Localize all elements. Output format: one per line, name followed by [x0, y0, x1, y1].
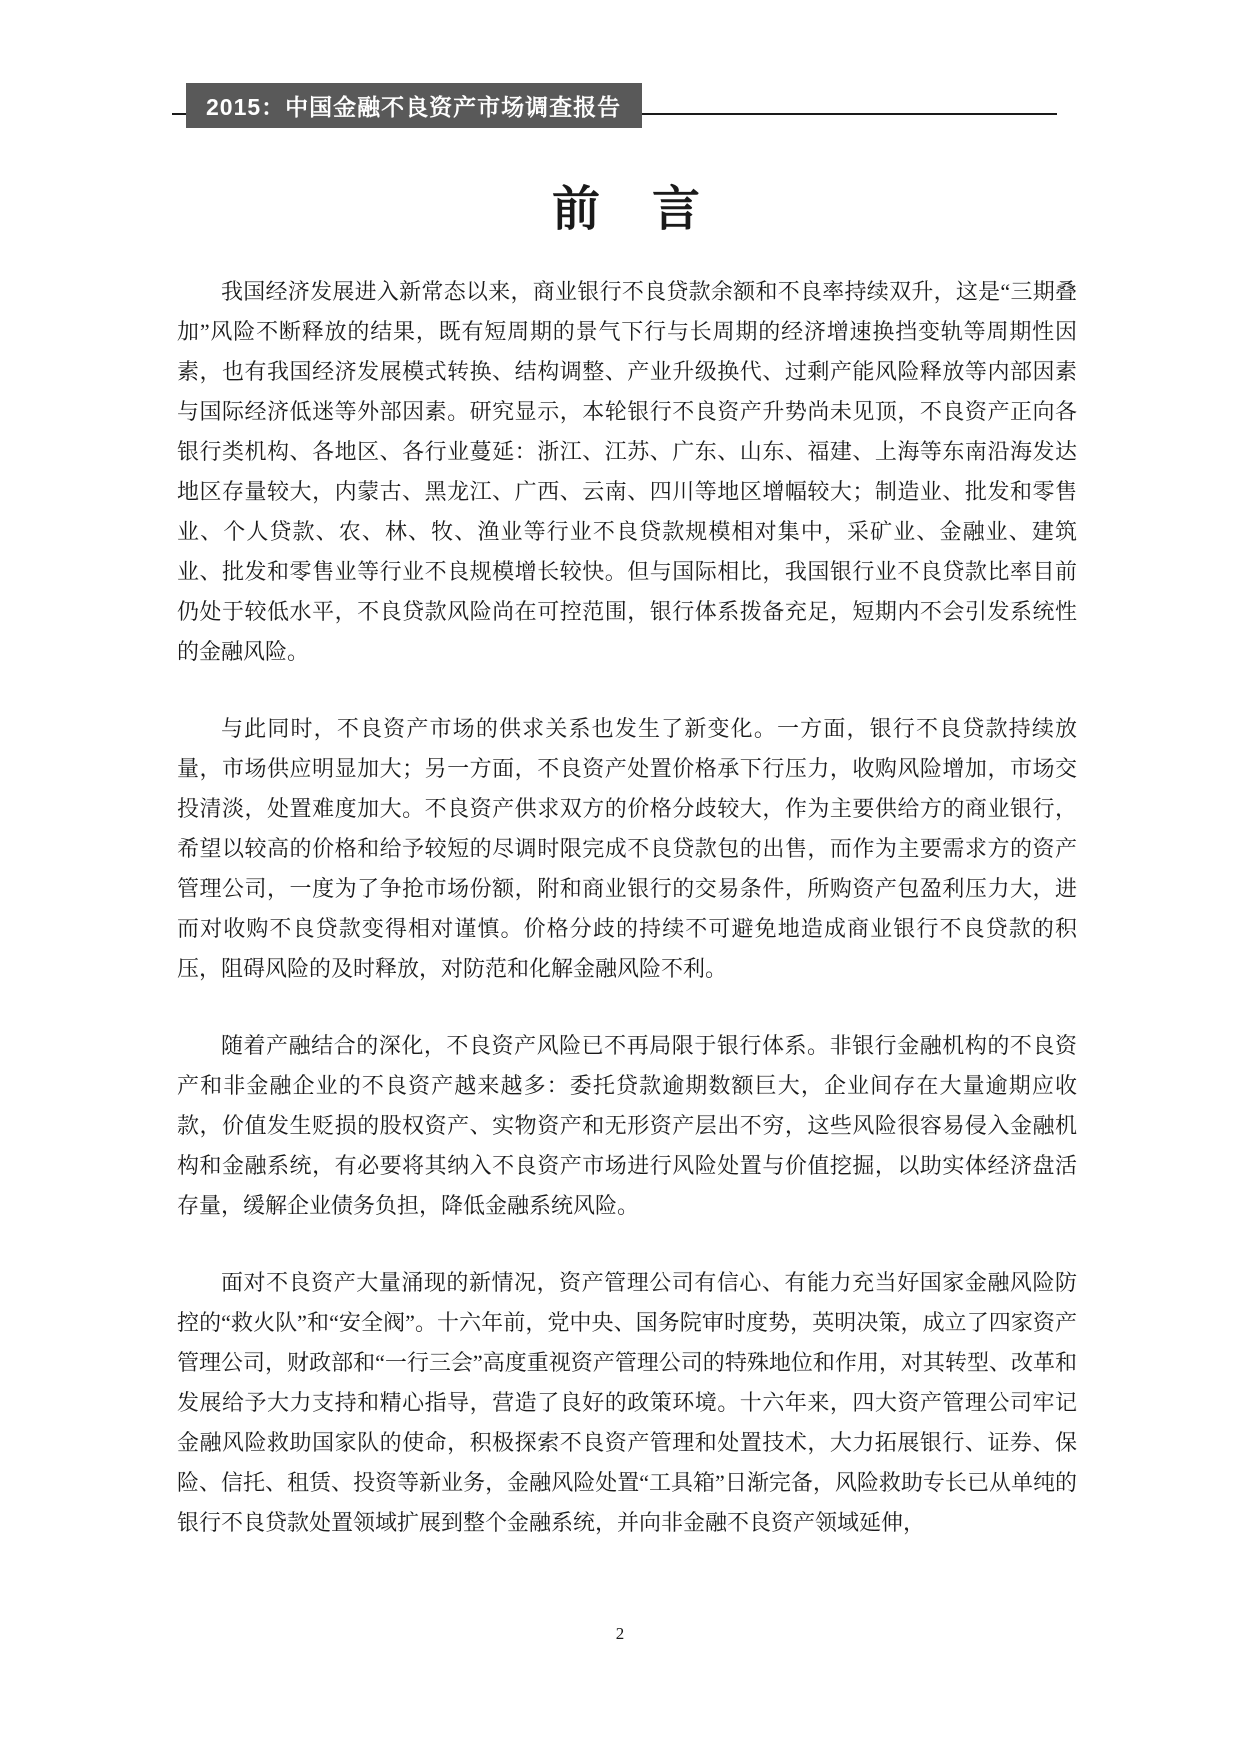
running-header-bar: 2015：中国金融不良资产市场调查报告: [186, 83, 642, 128]
body-content: 我国经济发展进入新常态以来，商业银行不良贷款余额和不良率持续双升，这是“三期叠加…: [177, 272, 1077, 1580]
body-paragraph: 随着产融结合的深化，不良资产风险已不再局限于银行体系。非银行金融机构的不良资产和…: [177, 1026, 1077, 1226]
page-number: 2: [0, 1624, 1240, 1644]
body-paragraph: 面对不良资产大量涌现的新情况，资产管理公司有信心、有能力充当好国家金融风险防控的…: [177, 1263, 1077, 1543]
running-header-title: 2015：中国金融不良资产市场调查报告: [206, 89, 621, 122]
document-page: 2015：中国金融不良资产市场调查报告 前 言 我国经济发展进入新常态以来，商业…: [0, 0, 1240, 1754]
body-paragraph: 与此同时，不良资产市场的供求关系也发生了新变化。一方面，银行不良贷款持续放量，市…: [177, 709, 1077, 989]
section-title: 前 言: [177, 180, 1077, 240]
body-paragraph: 我国经济发展进入新常态以来，商业银行不良贷款余额和不良率持续双升，这是“三期叠加…: [177, 272, 1077, 672]
